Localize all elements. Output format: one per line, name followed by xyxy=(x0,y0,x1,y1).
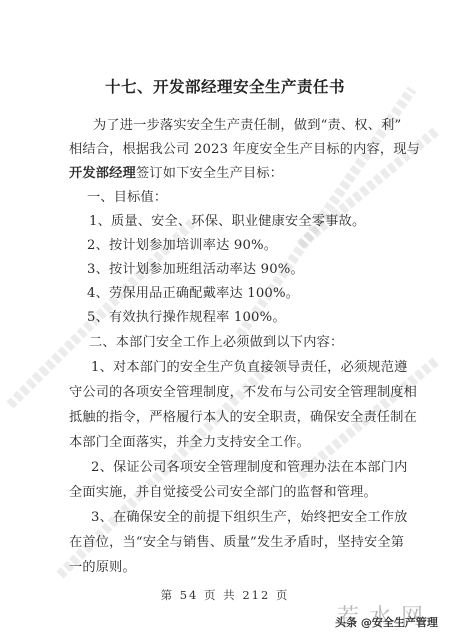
target-item-4: 4、劳保用品正确配戴率达 100%。 xyxy=(87,282,299,301)
duty-1-line-3: 抵触的指令，严格履行本人的安全职责，确保安全责任制在 xyxy=(69,406,417,425)
target-item-1: 1、质量、安全、环保、职业健康安全零事故。 xyxy=(89,210,365,229)
duty-3-line-3: 一的原则。 xyxy=(69,556,136,575)
target-item-5: 5、有效执行操作规程率 100%。 xyxy=(87,306,286,325)
duty-2-line-1: 2、保证公司各项安全管理制度和管理办法在本部门内 xyxy=(91,456,408,475)
intro-line-1: 为了进一步落实安全生产责任制，做到“责、权、利” xyxy=(93,114,401,133)
signatory-role: 开发部经理 xyxy=(69,166,136,181)
duty-1-line-2: 守公司的各项安全管理制度，不发布与公司安全管理制度相 xyxy=(69,381,417,400)
intro-line-2: 相结合，根据我公司 2023 年度安全生产目标的内容，现与 xyxy=(69,138,420,157)
target-item-3: 3、按计划参加班组活动率达 90%。 xyxy=(87,258,304,277)
watermark-logo: 若水网 头条 @安全生产管理 xyxy=(333,600,441,636)
section2-heading: 二、本部门安全工作上必须做到以下内容： xyxy=(89,331,343,350)
target-item-2: 2、按计划参加培训率达 90%。 xyxy=(87,234,277,253)
duty-3-line-1: 3、在确保安全的前提下组织生产，始终把安全工作放 xyxy=(91,506,408,525)
duty-1-line-1: 1、对本部门的安全生产负直接领导责任，必须规范遵 xyxy=(91,356,408,375)
duty-2-line-2: 全面实施，并自觉接受公司安全部门的监督和管理。 xyxy=(69,481,377,500)
document-title: 十七、开发部经理安全生产责任书 xyxy=(0,75,450,97)
logo-account: 头条 @安全生产管理 xyxy=(335,614,438,630)
intro-line-3: 开发部经理签订如下安全生产目标： xyxy=(69,162,283,181)
section1-heading: 一、目标值： xyxy=(87,186,167,205)
duty-1-line-4: 本部门全面落实，并全力支持安全工作。 xyxy=(69,431,310,450)
duty-3-line-2: 在首位，当“安全与销售、质量”发生矛盾时，坚持安全第 xyxy=(69,531,404,550)
intro-line-3-rest: 签订如下安全生产目标： xyxy=(136,166,283,181)
